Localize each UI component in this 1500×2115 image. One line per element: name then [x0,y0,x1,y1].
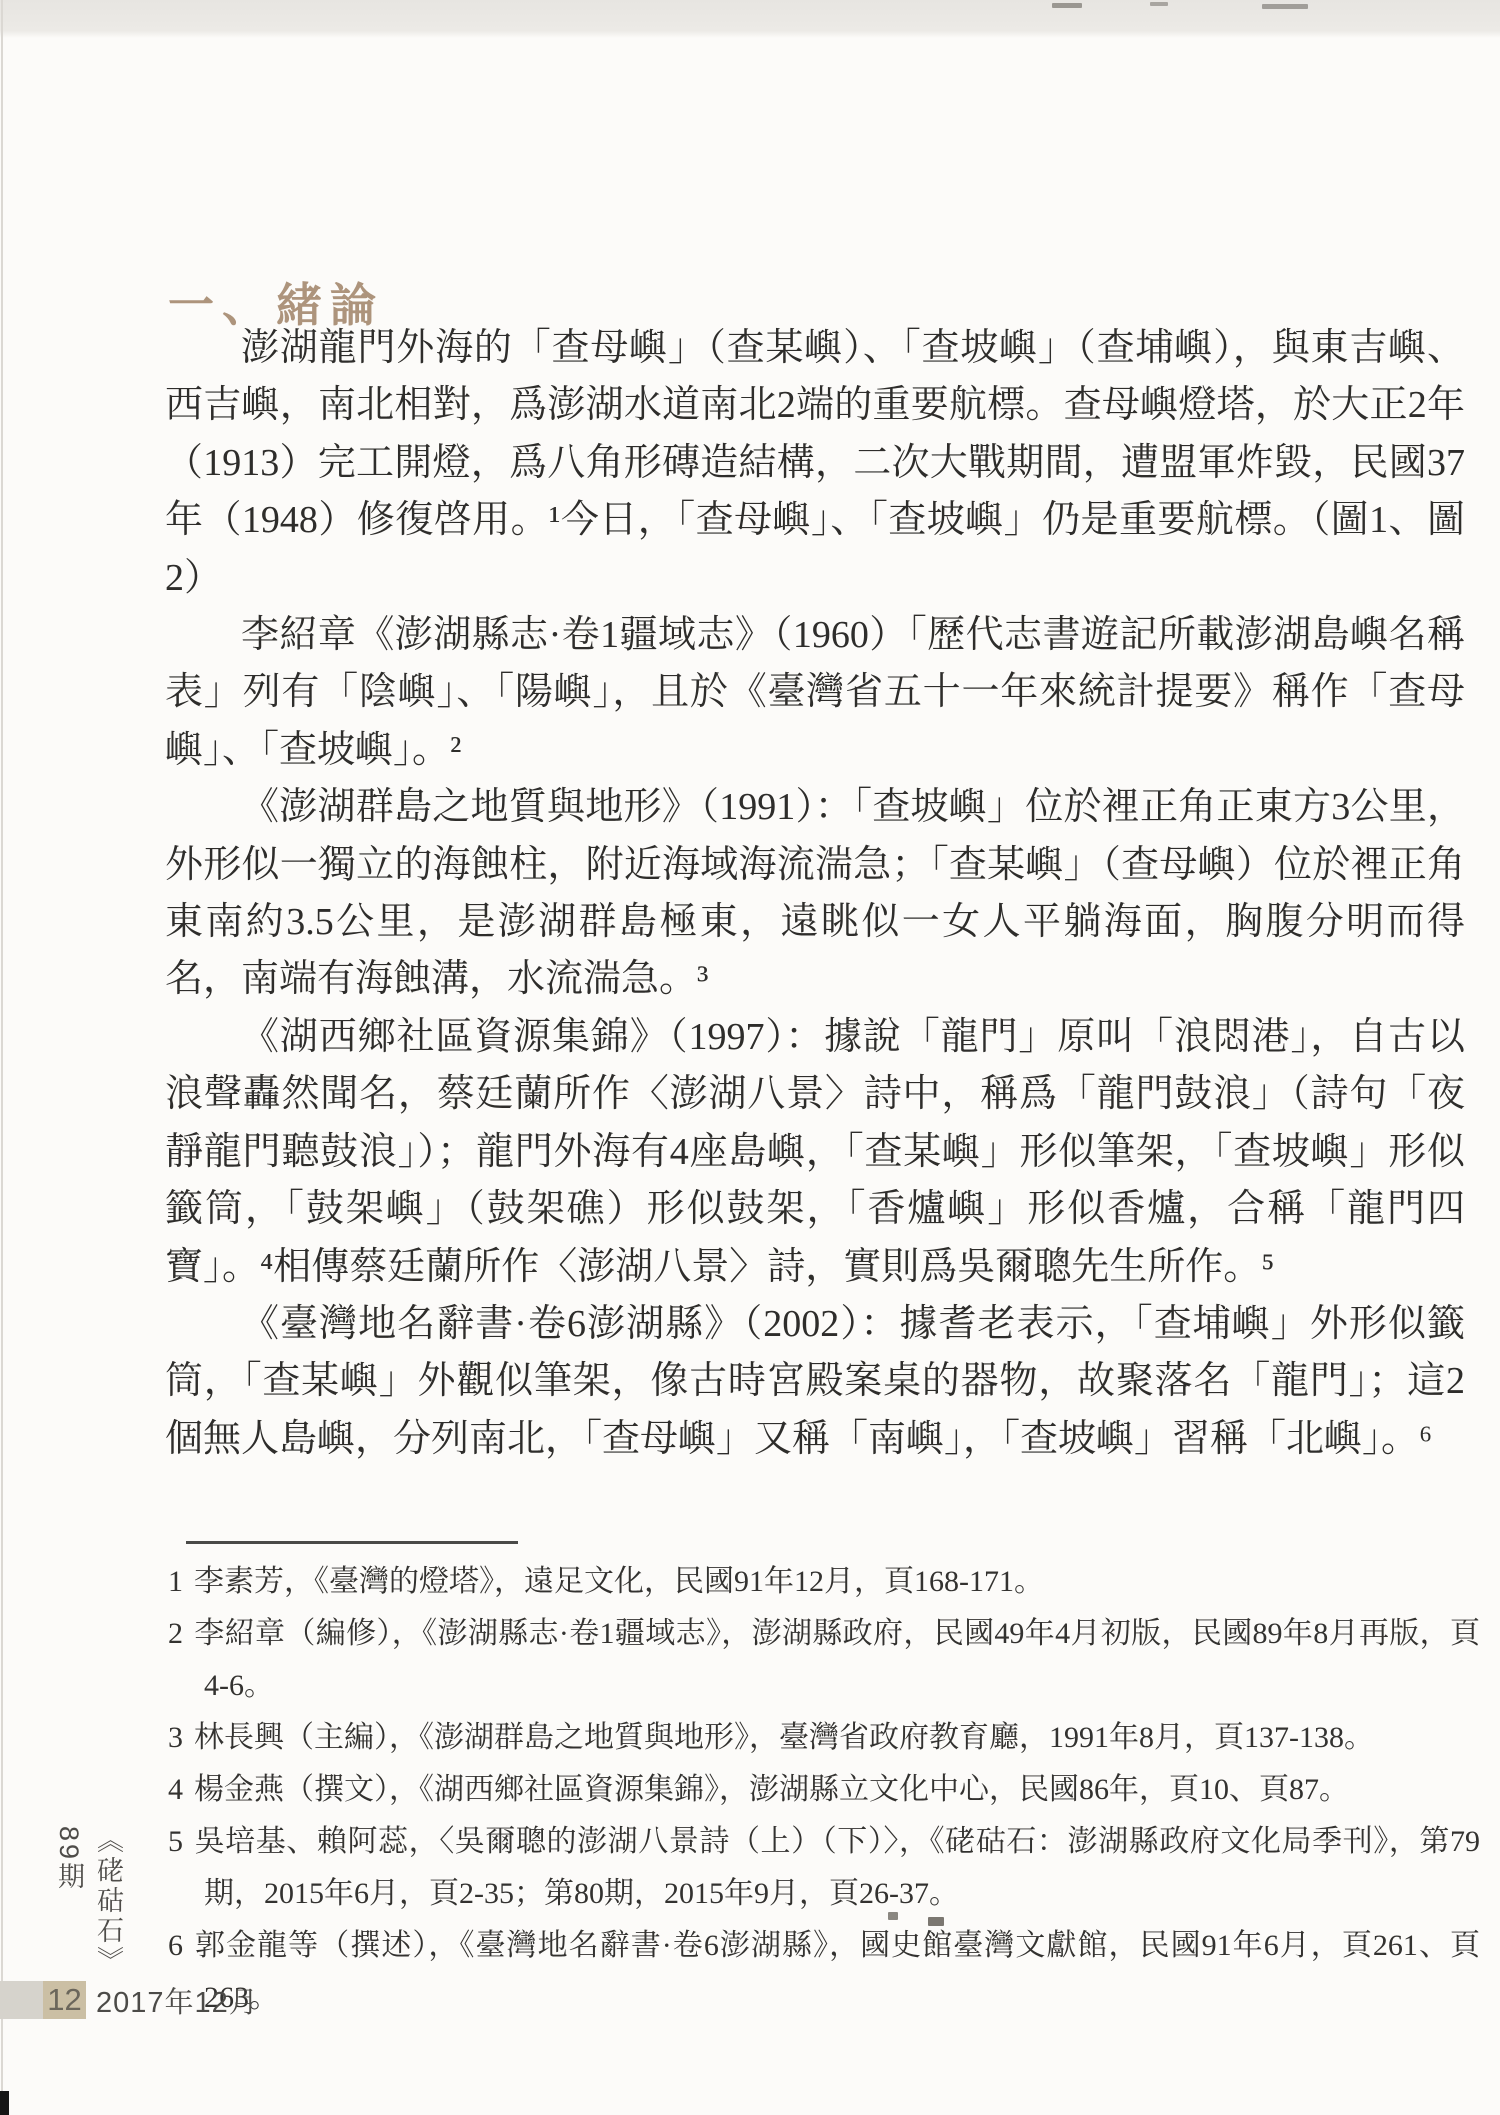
footnote-6: 6郭金龍等（撰述），《臺灣地名辭書·卷6澎湖縣》，國史館臺灣文獻館，民國91年6… [168,1920,1480,2024]
footnote-text: 李紹章（編修），《澎湖縣志·卷1疆域志》，澎湖縣政府，民國49年4月初版，民國8… [194,1617,1480,1702]
scan-speck [1150,2,1168,6]
footnote-separator [186,1541,518,1544]
footnote-4: 4楊金燕（撰文），《湖西鄉社區資源集錦》，澎湖縣立文化中心，民國86年，頁10、… [168,1764,1480,1816]
footnote-number: 5 [168,1816,194,1868]
scan-speck [1262,4,1308,9]
page-number-chip: 12 [43,1981,86,2019]
footer-edge-block [0,1981,43,2019]
scan-speck [1052,3,1082,8]
footnote-text: 林長興（主編），《澎湖群島之地質與地形》，臺灣省政府教育廳，1991年8月，頁1… [194,1721,1374,1754]
footnote-text: 李素芳，《臺灣的燈塔》，遠足文化，民國91年12月，頁168-171。 [194,1565,1044,1598]
journal-title-vertical: 《硓𥑮石》89期 [50,1826,128,1996]
paragraph-huxi-resources: 《湖西鄉社區資源集錦》（1997）：據說「龍門」原叫「浪悶港」，自古以浪聲轟然聞… [165,1009,1465,1296]
paragraph-geology: 《澎湖群島之地質與地形》（1991）：「查坡嶼」位於裡正角正東方3公里，外形似一… [165,779,1465,1009]
article-body: 澎湖龍門外海的「查母嶼」（查某嶼）、「查坡嶼」（查埔嶼），與東吉嶼、西吉嶼，南北… [165,320,1465,1468]
footnote-number: 4 [168,1764,194,1816]
footnote-text: 吳培基、賴阿蕊，〈吳爾聰的澎湖八景詩（上）（下）〉，《硓𥑮石：澎湖縣政府文化局季… [194,1825,1480,1910]
scan-corner-mark [0,2091,9,2115]
footnote-text: 楊金燕（撰文），《湖西鄉社區資源集錦》，澎湖縣立文化中心，民國86年，頁10、頁… [194,1773,1349,1806]
footnote-number: 1 [168,1556,194,1608]
paragraph-intro: 澎湖龍門外海的「查母嶼」（查某嶼）、「查坡嶼」（查埔嶼），與東吉嶼、西吉嶼，南北… [165,320,1465,607]
paragraph-placename-dictionary: 《臺灣地名辭書·卷6澎湖縣》（2002）：據耆老表示，「查埔嶼」外形似籤筒，「查… [165,1296,1465,1468]
scan-speck [928,1917,944,1926]
footnote-text: 郭金龍等（撰述），《臺灣地名辭書·卷6澎湖縣》，國史館臺灣文獻館，民國91年6月… [194,1929,1480,2014]
page-footer: 12 2017年12月 [0,1981,259,2019]
scan-speck [888,1912,898,1920]
footnote-5: 5吳培基、賴阿蕊，〈吳爾聰的澎湖八景詩（上）（下）〉，《硓𥑮石：澎湖縣政府文化局… [168,1816,1480,1920]
footnote-number: 3 [168,1712,194,1764]
footnotes-block: 1李素芳，《臺灣的燈塔》，遠足文化，民國91年12月，頁168-171。 2李紹… [168,1556,1480,2024]
paragraph-penghu-gazetteer: 李紹章《澎湖縣志·卷1疆域志》（1960）「歷代志書遊記所載澎湖島嶼名稱表」列有… [165,607,1465,779]
footnote-number: 6 [168,1920,194,1972]
footnote-3: 3林長興（主編），《澎湖群島之地質與地形》，臺灣省政府教育廳，1991年8月，頁… [168,1712,1480,1764]
scan-left-edge [1,0,3,2115]
footnote-1: 1李素芳，《臺灣的燈塔》，遠足文化，民國91年12月，頁168-171。 [168,1556,1480,1608]
footnote-number: 2 [168,1608,194,1660]
issue-date: 2017年12月 [96,1981,259,2019]
footnote-2: 2李紹章（編修），《澎湖縣志·卷1疆域志》，澎湖縣政府，民國49年4月初版，民國… [168,1608,1480,1712]
